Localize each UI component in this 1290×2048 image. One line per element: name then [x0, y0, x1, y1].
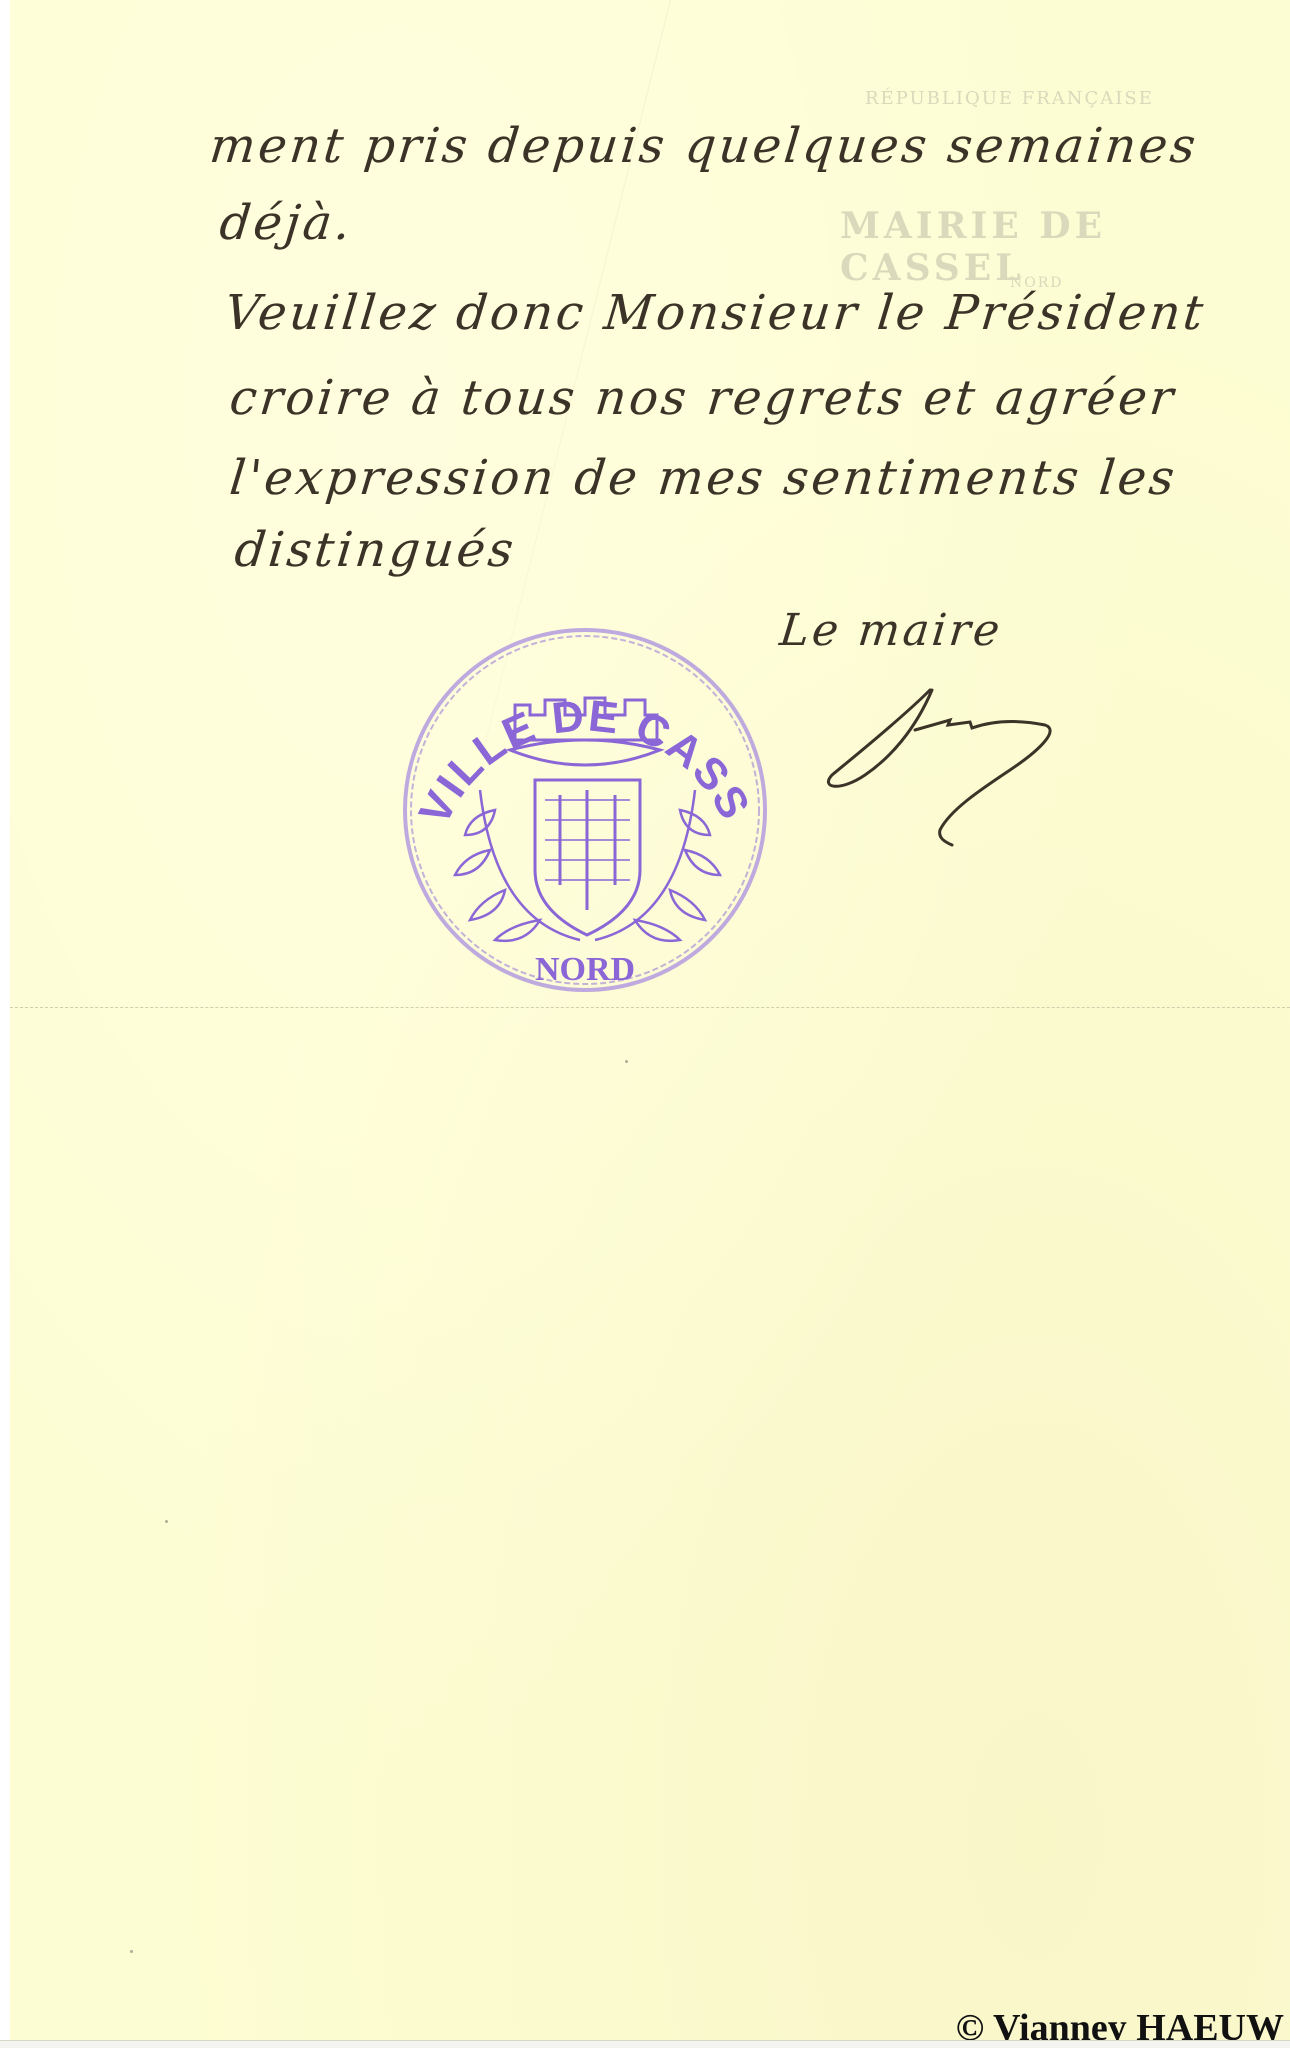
letter-page: RÉPUBLIQUE FRANÇAISE MAIRIE DE CASSEL NO… [10, 0, 1290, 2040]
city-stamp: VILLE DE CASSEL NORD [395, 620, 775, 1000]
stamp-bottom-text: NORD [535, 951, 635, 988]
paper-speck [625, 1060, 628, 1063]
body-line-4: croire à tous nos regrets et agréer [227, 370, 1179, 426]
paper-speck [130, 1950, 133, 1953]
closing-title: Le maire [777, 605, 1005, 656]
page-bottom-edge [0, 2040, 1290, 2048]
body-line-6: distingués [232, 522, 519, 578]
fold-line [10, 1007, 1290, 1008]
body-line-5: l'expression de mes sentiments les [227, 450, 1180, 506]
signature-mark [820, 680, 1100, 850]
body-line-3: Veuillez donc Monsieur le Président [222, 285, 1209, 341]
letterhead-mairie: MAIRIE DE CASSEL [840, 205, 1290, 289]
letterhead-republique: RÉPUBLIQUE FRANÇAISE [865, 88, 1154, 109]
shield-icon [535, 780, 640, 935]
body-line-2: déjà. [217, 195, 356, 251]
paper-speck [165, 1520, 168, 1523]
body-line-1: ment pris depuis quelques semaines [207, 118, 1201, 174]
